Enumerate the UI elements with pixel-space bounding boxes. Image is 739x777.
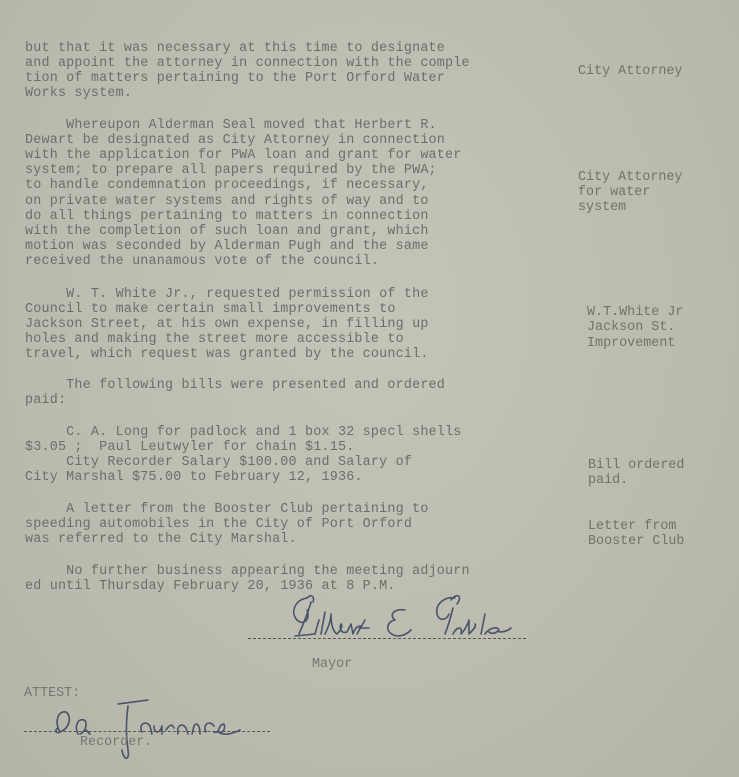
text-line: tion of matters pertaining to the Port O… xyxy=(25,71,445,86)
text-line: Dewart be designated as City Attorney in… xyxy=(25,133,445,148)
text-line: and appoint the attorney in connection w… xyxy=(25,56,470,71)
text-line: on private water systems and rights of w… xyxy=(25,194,429,209)
text-line: Works system. xyxy=(25,86,132,101)
text-line: Council to make certain small improvemen… xyxy=(25,302,396,317)
margin-note-line: for water xyxy=(578,185,650,200)
margin-note-line: City Attorney xyxy=(578,170,682,185)
margin-note-line: paid. xyxy=(588,473,628,488)
text-line: but that it was necessary at this time t… xyxy=(25,41,445,56)
text-line: travel, which request was granted by the… xyxy=(25,347,429,362)
text-line: Jackson Street, at his own expense, in f… xyxy=(25,317,429,332)
text-line: City Marshal $75.00 to February 12, 1936… xyxy=(25,470,363,485)
text-line: motion was seconded by Alderman Pugh and… xyxy=(25,239,429,254)
margin-note-line: Bill ordered xyxy=(588,458,684,473)
text-line: was referred to the City Marshal. xyxy=(25,532,297,547)
text-line: system; to prepare all papers required b… xyxy=(25,163,437,178)
text-line: paid: xyxy=(25,393,66,408)
recorder-handwritten-signature-icon xyxy=(48,690,278,777)
text-line: speeding automobiles in the City of Port… xyxy=(25,517,412,532)
margin-note-line: W.T.White Jr xyxy=(587,305,683,320)
mayor-handwritten-signature-icon xyxy=(285,590,535,645)
margin-note-line: City Attorney xyxy=(578,64,682,79)
text-line: do all things pertaining to matters in c… xyxy=(25,209,429,224)
text-line: A letter from the Booster Club pertainin… xyxy=(25,502,429,517)
document-page: but that it was necessary at this time t… xyxy=(0,0,739,777)
text-line: W. T. White Jr., requested permission of… xyxy=(25,287,429,302)
margin-note-line: Letter from xyxy=(588,519,676,534)
text-line: holes and making the street more accessi… xyxy=(25,332,404,347)
text-line: with the application for PWA loan and gr… xyxy=(25,148,462,163)
margin-note-line: system xyxy=(578,200,626,215)
text-line: $3.05 ; Paul Leutwyler for chain $1.15. xyxy=(25,440,354,455)
text-line: with the completion of such loan and gra… xyxy=(25,224,429,239)
mayor-title: Mayor xyxy=(312,657,352,672)
text-line: to handle condemnation proceedings, if n… xyxy=(25,178,429,193)
text-line: City Recorder Salary $100.00 and Salary … xyxy=(25,455,412,470)
margin-note-line: Booster Club xyxy=(588,534,684,549)
text-line: C. A. Long for padlock and 1 box 32 spec… xyxy=(25,425,462,440)
text-line: received the unanamous vote of the counc… xyxy=(25,254,379,269)
margin-note-line: Jackson St. xyxy=(587,320,675,335)
text-line: Whereupon Alderman Seal moved that Herbe… xyxy=(25,118,437,133)
recorder-title: Recorder. xyxy=(80,735,152,750)
margin-note-line: Improvement xyxy=(587,336,675,351)
text-line: The following bills were presented and o… xyxy=(25,378,445,393)
text-line: No further business appearing the meetin… xyxy=(25,564,470,579)
